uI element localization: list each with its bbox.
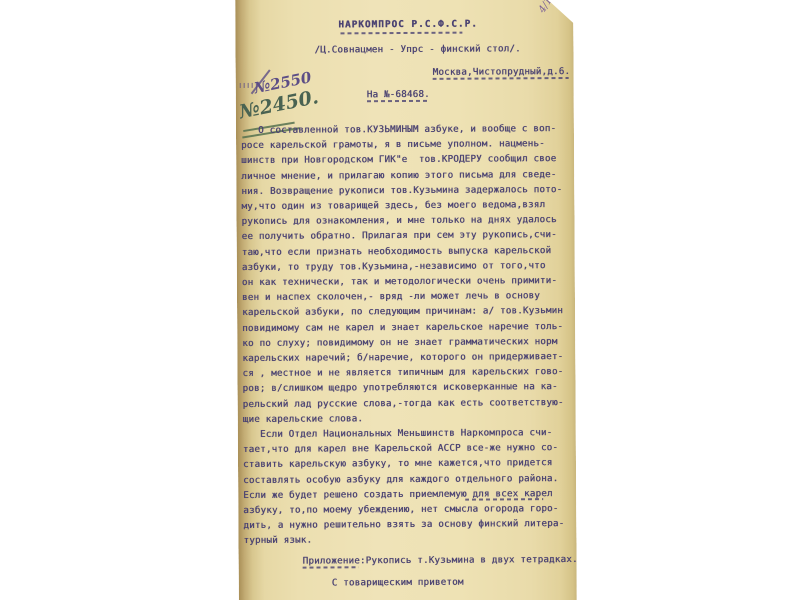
letterhead-organization: НАРКОМПРОС Р.С.Ф.С.Р. (338, 17, 478, 33)
scanned-letter-page: 4/19 НАРКОМПРОС Р.С.Ф.С.Р. /Ц.Совнацмен … (235, 0, 577, 600)
address-underline (433, 77, 569, 80)
archival-page-number-note: 4/19 (537, 0, 558, 15)
letter-body-text: О составленной тов.КУЗЬМИНЫМ азбуке, и в… (241, 121, 576, 549)
letterhead-department: /Ц.Совнацмен - Упрс - финский стол/. (314, 41, 520, 57)
closing-salutation: С товарищеским приветом (332, 575, 464, 591)
attachment-underline (303, 566, 359, 568)
scan-canvas: { "document": { "archival_page_note": "4… (0, 0, 800, 600)
letterhead-underline (340, 32, 462, 35)
reference-underline (367, 100, 429, 102)
